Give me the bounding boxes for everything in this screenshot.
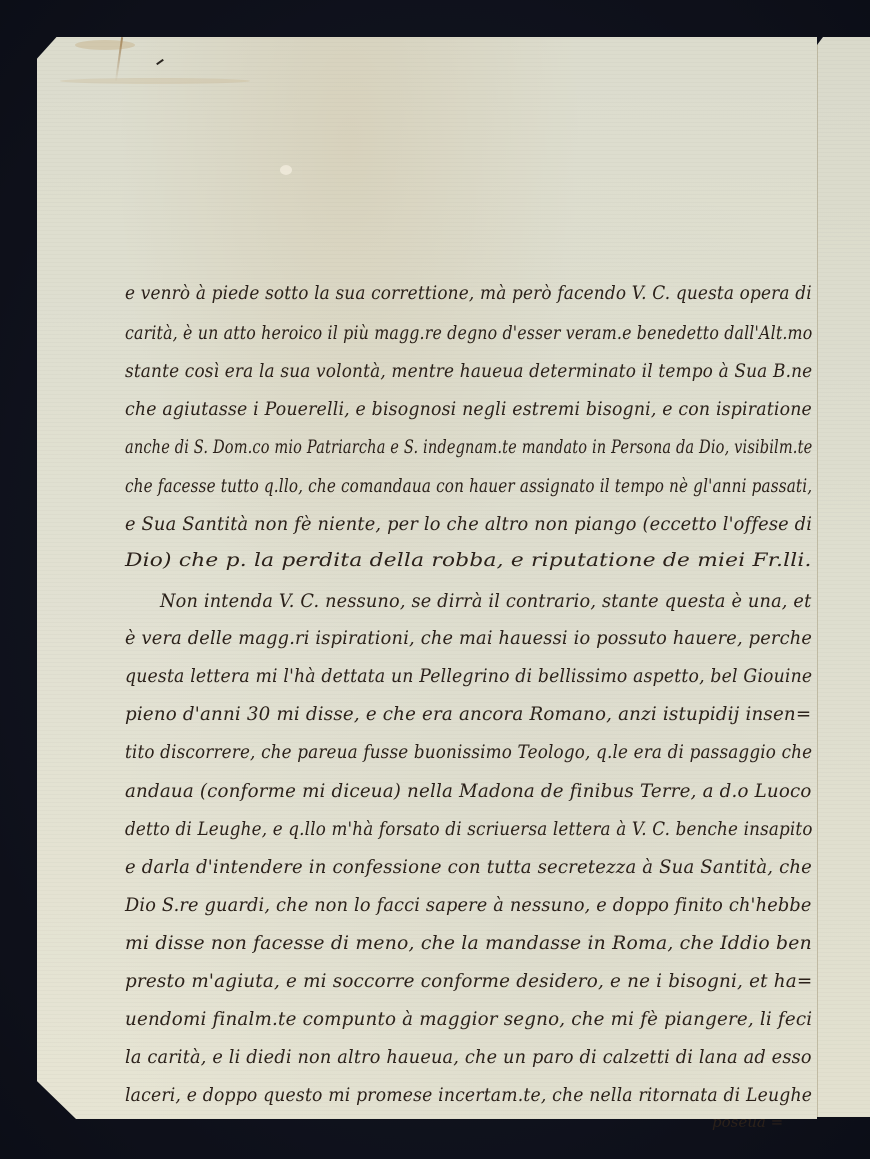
text-line: e venrò à piede sotto la sua correttione…: [125, 282, 812, 304]
paragraph-start-line: Non intenda V. C. nessuno, se dirrà il c…: [160, 590, 811, 612]
text-line: laceri, e doppo questo mi promese incert…: [125, 1084, 812, 1106]
text-line: è vera delle magg.ri ispirationi, che ma…: [125, 627, 812, 649]
text-line: tito discorrere, che pareua fusse buonis…: [125, 741, 812, 763]
text-line: stante così era la sua volontà, mentre h…: [125, 360, 812, 382]
text-line: la carità, e li diedi non altro haueua, …: [125, 1046, 812, 1068]
text-line: che agiutasse i Pouerelli, e bisognosi n…: [125, 398, 812, 420]
text-line: andaua (conforme mi diceua) nella Madona…: [125, 780, 812, 802]
text-line: Dio) che p. la perdita della robba, e ri…: [125, 549, 812, 571]
text-line: carità, è un atto heroico il più magg.re…: [125, 322, 812, 344]
text-line: e Sua Santità non fè niente, per lo che …: [125, 513, 812, 535]
text-line: che facesse tutto q.llo, che comandaua c…: [125, 475, 812, 497]
text-line: detto di Leughe, e q.llo m'hà forsato di…: [125, 818, 813, 840]
text-line: mi disse non facesse di meno, che la man…: [125, 932, 812, 954]
text-line: uendomi finalm.te compunto à maggior seg…: [125, 1008, 812, 1030]
text-line: presto m'agiuta, e mi soccorre conforme …: [125, 970, 812, 992]
text-line: pieno d'anni 30 mi disse, e che era anco…: [125, 703, 811, 725]
text-line: questa lettera mi l'hà dettata un Pelleg…: [125, 665, 812, 687]
manuscript-text: e venrò à piede sotto la sua correttione…: [0, 0, 870, 1159]
text-line: e darla d'intendere in confessione con t…: [125, 856, 812, 878]
text-line: Dio S.re guardi, che non lo facci sapere…: [125, 894, 812, 916]
catchword: poseua =: [712, 1113, 783, 1131]
text-line: anche di S. Dom.co mio Patriarcha e S. i…: [125, 436, 812, 458]
